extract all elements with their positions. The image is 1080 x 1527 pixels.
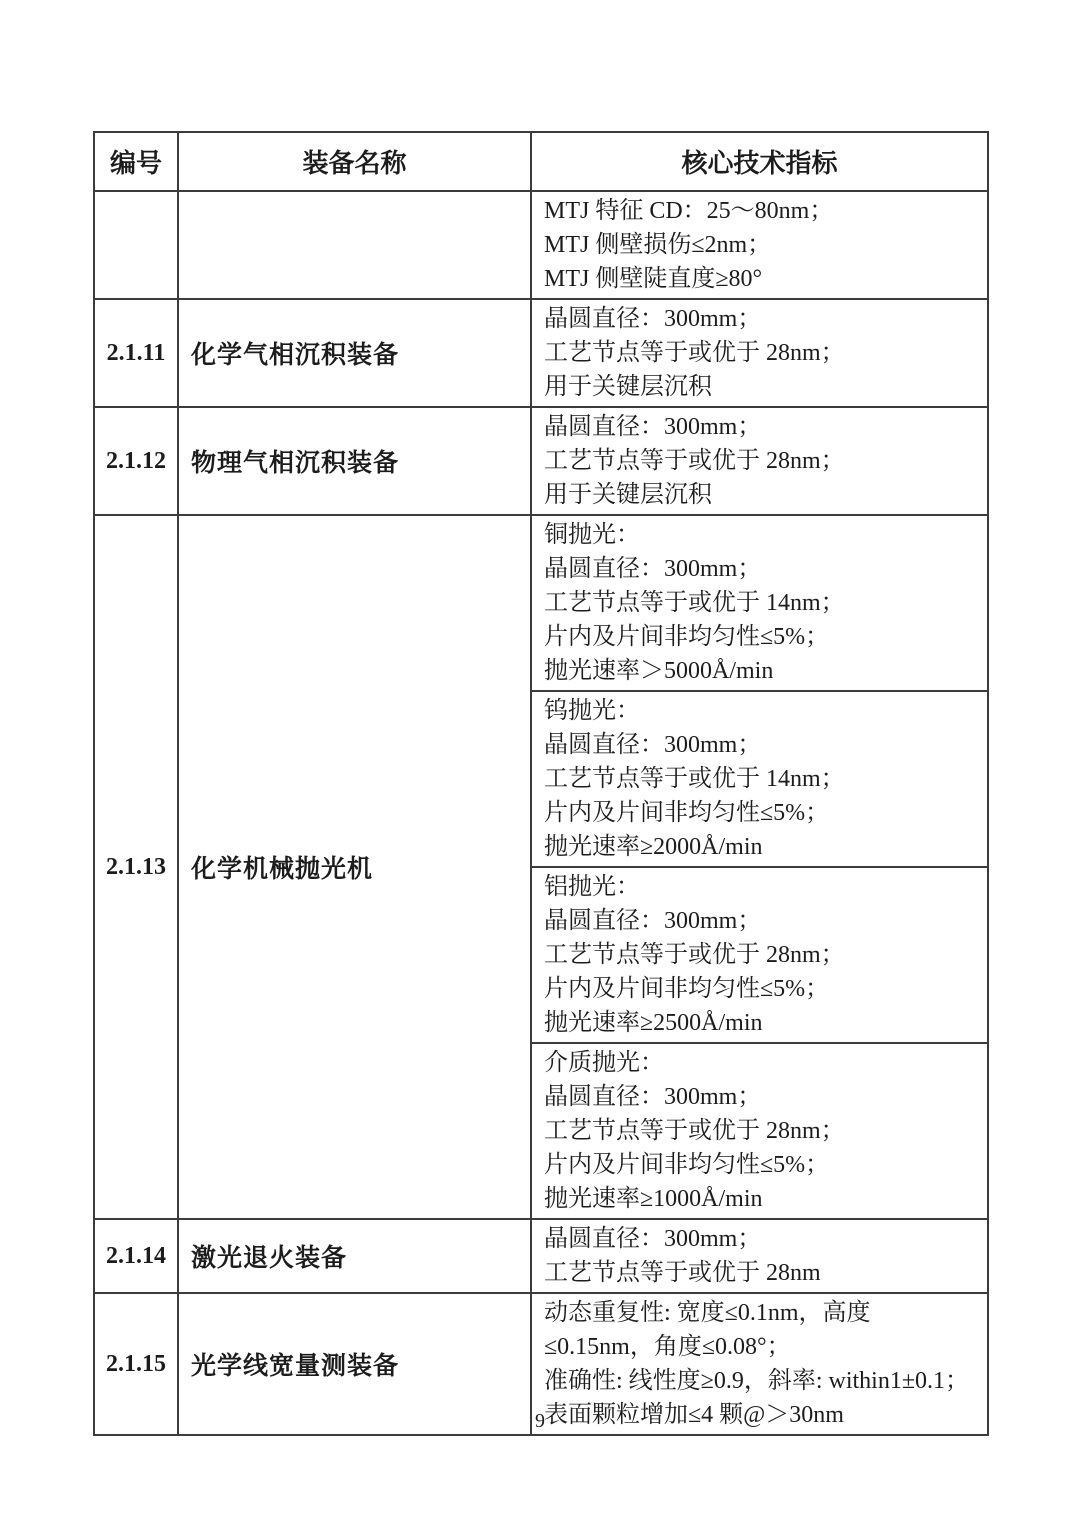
document-page: 编号 装备名称 核心技术指标 MTJ 特征 CD：25～80nm； MTJ 侧壁…: [0, 0, 1080, 1527]
spec-cell-dielectric-polish: 介质抛光： 晶圆直径：300mm； 工艺节点等于或优于 28nm； 片内及片间非…: [531, 1043, 988, 1219]
row-id: 2.1.14: [94, 1219, 178, 1293]
equipment-name: 化学气相沉积装备: [178, 299, 531, 407]
spec-cell-tungsten-polish: 钨抛光： 晶圆直径：300mm； 工艺节点等于或优于 14nm； 片内及片间非均…: [531, 691, 988, 867]
table-row-2-1-14: 2.1.14 激光退火装备 晶圆直径：300mm； 工艺节点等于或优于 28nm: [94, 1219, 988, 1293]
spec-cell: MTJ 特征 CD：25～80nm； MTJ 侧壁损伤≤2nm； MTJ 侧壁陡…: [531, 191, 988, 299]
spec-cell: 晶圆直径：300mm； 工艺节点等于或优于 28nm； 用于关键层沉积: [531, 407, 988, 515]
table-row-continuation: MTJ 特征 CD：25～80nm； MTJ 侧壁损伤≤2nm； MTJ 侧壁陡…: [94, 191, 988, 299]
column-header-specs: 核心技术指标: [531, 132, 988, 191]
row-id: 2.1.13: [94, 515, 178, 1219]
spec-cell-aluminum-polish: 铝抛光： 晶圆直径：300mm； 工艺节点等于或优于 28nm； 片内及片间非均…: [531, 867, 988, 1043]
spec-cell: 晶圆直径：300mm； 工艺节点等于或优于 28nm: [531, 1219, 988, 1293]
column-header-name: 装备名称: [178, 132, 531, 191]
row-id: [94, 191, 178, 299]
equipment-name: 化学机械抛光机: [178, 515, 531, 1219]
table-header-row: 编号 装备名称 核心技术指标: [94, 132, 988, 191]
equipment-spec-table: 编号 装备名称 核心技术指标 MTJ 特征 CD：25～80nm； MTJ 侧壁…: [93, 131, 989, 1436]
spec-cell-copper-polish: 铜抛光： 晶圆直径：300mm； 工艺节点等于或优于 14nm； 片内及片间非均…: [531, 515, 988, 691]
table-row-2-1-13-copper: 2.1.13 化学机械抛光机 铜抛光： 晶圆直径：300mm； 工艺节点等于或优…: [94, 515, 988, 691]
table-row-2-1-11: 2.1.11 化学气相沉积装备 晶圆直径：300mm； 工艺节点等于或优于 28…: [94, 299, 988, 407]
row-id: 2.1.11: [94, 299, 178, 407]
column-header-id: 编号: [94, 132, 178, 191]
page-number: 9: [0, 1410, 1080, 1433]
equipment-name: 激光退火装备: [178, 1219, 531, 1293]
row-id: 2.1.12: [94, 407, 178, 515]
table-row-2-1-12: 2.1.12 物理气相沉积装备 晶圆直径：300mm； 工艺节点等于或优于 28…: [94, 407, 988, 515]
spec-cell: 晶圆直径：300mm； 工艺节点等于或优于 28nm； 用于关键层沉积: [531, 299, 988, 407]
equipment-name: [178, 191, 531, 299]
equipment-name: 物理气相沉积装备: [178, 407, 531, 515]
